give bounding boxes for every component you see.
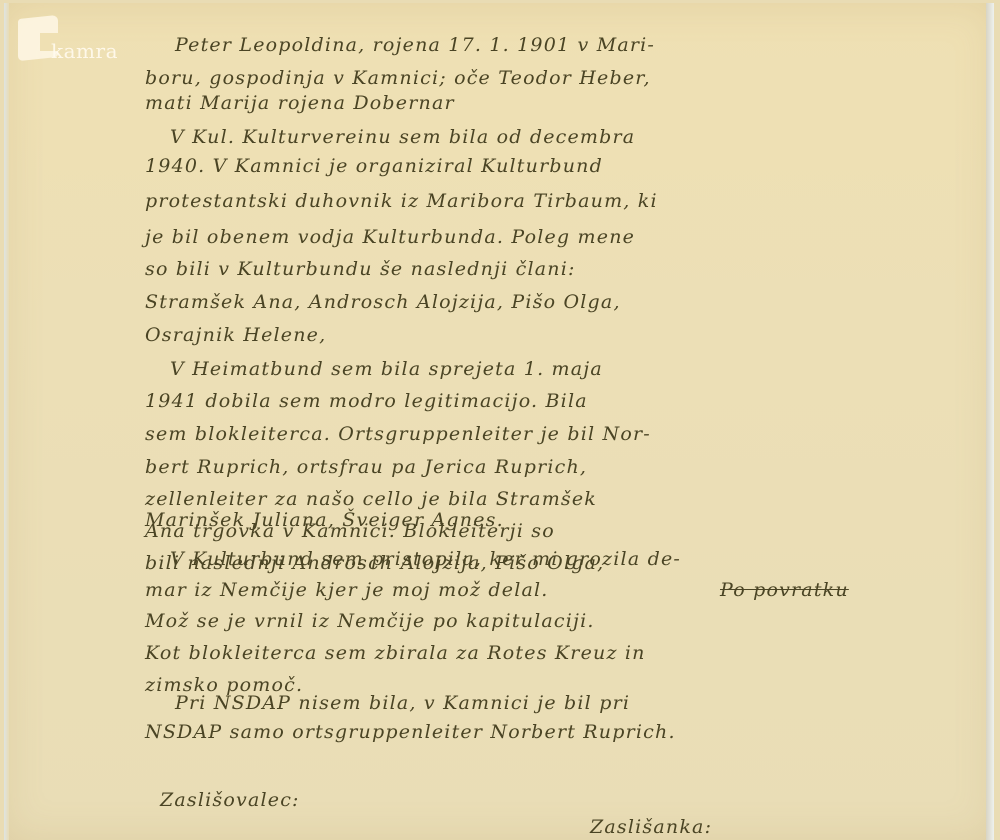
handwritten-line: Marinšek Juliana, Šveiger Agnes. [145,509,504,531]
kamra-watermark: kamra [18,17,128,67]
handwritten-line: zellenleiter za našo cello je bila Stram… [145,488,597,510]
handwritten-line: V Heimatbund sem bila sprejeta 1. maja [170,358,603,380]
scan-edge-left [4,3,9,840]
handwritten-line: so bili v Kulturbundu še naslednji člani… [145,258,576,280]
handwritten-line: Zaslišovalec: [160,789,300,811]
handwritten-line: Peter Leopoldina, rojena 17. 1. 1901 v M… [175,34,655,56]
handwritten-line: sem blokleiterca. Ortsgruppenleiter je b… [145,423,651,445]
struck-through-text: Po povratku [720,579,849,601]
watermark-text: kamra [51,39,118,63]
handwritten-line: Mož se je vrnil iz Nemčije po kapitulaci… [145,610,595,632]
handwritten-line: Zaslišanka: [590,816,712,838]
scan-edge-right [986,3,994,840]
handwritten-line: mar iz Nemčije kjer je moj mož delal. [145,579,549,601]
handwritten-line: protestantski duhovnik iz Maribora Tirba… [145,190,658,212]
handwritten-line: boru, gospodinja v Kamnici; oče Teodor H… [145,67,651,89]
handwritten-line: 1940. V Kamnici je organiziral Kulturbun… [145,155,603,177]
handwritten-line: V Kulturbund sem pristopila, ker mi groz… [170,548,681,570]
handwritten-line: Pri NSDAP nisem bila, v Kamnici je bil p… [175,692,630,714]
handwritten-line: Stramšek Ana, Androsch Alojzija, Pišo Ol… [145,291,621,313]
handwritten-line: V Kul. Kulturvereinu sem bila od decembr… [170,126,635,148]
handwritten-line: mati Marija rojena Dobernar [145,92,455,114]
handwritten-line: 1941 dobila sem modro legitimacijo. Bila [145,390,588,412]
handwritten-line: NSDAP samo ortsgruppenleiter Norbert Rup… [145,721,676,743]
document-page: kamra Peter Leopoldina, rojena 17. 1. 19… [4,3,994,840]
handwritten-line: je bil obenem vodja Kulturbunda. Poleg m… [145,226,635,248]
handwritten-line: Kot blokleiterca sem zbirala za Rotes Kr… [145,642,646,664]
handwritten-line: Osrajnik Helene, [145,324,326,346]
handwritten-line: bert Ruprich, ortsfrau pa Jerica Ruprich… [145,456,587,478]
